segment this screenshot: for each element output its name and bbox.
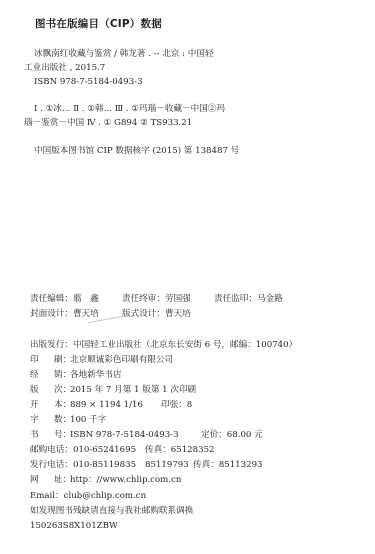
row-printer: 印刷：北京顺诚彩色印刷有限公司: [30, 355, 173, 366]
sheets-value: 8: [187, 400, 192, 410]
cover-design-name: 曹天培: [73, 309, 99, 319]
wordcount-label: 字数：: [30, 415, 70, 426]
cip-line-publisher: 工业出版社 , 2015.7: [24, 63, 105, 74]
credit-print-supervisor: 责任监印：马金路: [214, 294, 283, 305]
publisher-value: 中国轻工业出版社（北京东长安街 6 号，邮编：100740）: [73, 340, 297, 350]
distributor-label-a: 经: [30, 370, 54, 381]
copyright-page: 图书在版编目（CIP）数据 冰飘南红收藏与鉴赏 / 韩龙著 . -- 北京 : …: [0, 0, 375, 554]
row-website: 网址：http：//www.chlip.com.cn: [30, 475, 181, 486]
isbn-label-a: 书: [30, 430, 54, 441]
cip-line-classification-2: 瑙－鉴赏－中国 Ⅳ . ① G894 ② TS933.21: [24, 118, 192, 129]
website-label-a: 网: [30, 475, 54, 486]
final-review-name: 劳国强: [165, 294, 191, 304]
website-link[interactable]: http：//www.chlip.com.cn: [70, 475, 181, 485]
sales-phone-2: 85119793: [145, 460, 193, 471]
fax1-label: 传真：: [145, 445, 171, 455]
edition-label-a: 版: [30, 385, 54, 396]
mail-order-label: 邮购电话：: [30, 445, 73, 455]
price-label: 定价：: [201, 430, 227, 440]
cip-line-classification-1: Ⅰ . ①冰… Ⅱ . ①韩… Ⅲ . ①玛瑙－收藏－中国②玛: [34, 104, 225, 115]
print-code: 150263S8X101ZBW: [30, 521, 118, 531]
printer-value: 北京顺诚彩色印刷有限公司: [70, 355, 173, 365]
row-isbn: 书号：ISBN 978-7-5184-0493-3定价：68.00 元: [30, 430, 263, 441]
edition-label-b: 次：: [54, 385, 71, 395]
row-sales: 发行电话：010-8511983585119793传真：85113293: [30, 460, 263, 471]
row-mail-order: 邮购电话：010-65241695传真：65128352: [30, 445, 215, 456]
wordcount-label-b: 数：: [54, 415, 71, 425]
publisher-label: 出版发行：: [30, 340, 73, 350]
sheets-label: 印张：: [161, 400, 187, 410]
format-label: 开本：: [30, 400, 70, 411]
credit-editor: 责任编辑：翦 鑫: [30, 294, 122, 305]
format-label-b: 本：: [54, 400, 71, 410]
format-value: 889 × 1194 1/16: [70, 400, 161, 411]
fax2-label: 传真：: [193, 460, 219, 470]
wordcount-label-a: 字: [30, 415, 54, 426]
printer-label-b: 刷：: [54, 355, 71, 365]
website-label-b: 址：: [54, 475, 71, 485]
layout-design-name: 曹天培: [165, 309, 191, 319]
cover-design-label: 封面设计：: [30, 309, 73, 319]
row-wordcount: 字数：100 千字: [30, 415, 106, 426]
row-publisher: 出版发行：中国轻工业出版社（北京东长安街 6 号，邮编：100740）: [30, 340, 297, 351]
editor-label: 责任编辑：: [30, 294, 73, 304]
isbn-value: ISBN 978-7-5184-0493-3: [70, 430, 201, 441]
credit-layout-design: 版式设计：曹天培: [122, 309, 191, 320]
print-supervisor-label: 责任监印：: [214, 294, 257, 304]
layout-design-label: 版式设计：: [122, 309, 165, 319]
fax1-value: 65128352: [171, 445, 215, 455]
credits-row-1: 责任编辑：翦 鑫责任终审：劳国强责任监印：马金路: [30, 294, 283, 305]
final-review-label: 责任终审：: [122, 294, 165, 304]
cip-line-title: 冰飘南红收藏与鉴赏 / 韩龙著 . -- 北京 : 中国轻: [34, 49, 214, 60]
print-supervisor-name: 马金路: [257, 294, 283, 304]
row-email: Email：club@chlip.com.cn: [30, 491, 146, 502]
replacement-notice: 如发现图书残缺请直接与我社邮购联系调换: [30, 506, 193, 516]
cip-line-record-number: 中国版本图书馆 CIP 数据核字 (2015) 第 138487 号: [34, 146, 239, 157]
editor-name: 翦 鑫: [73, 294, 99, 304]
distributor-label: 经销：: [30, 370, 70, 381]
fax2-value: 85113293: [219, 460, 263, 470]
cip-line-isbn: ISBN 978-7-5184-0493-3: [34, 77, 143, 88]
mail-order-phone: 010-65241695: [73, 445, 145, 456]
cip-heading: 图书在版编目（CIP）数据: [35, 16, 162, 31]
distributor-label-b: 销：: [54, 370, 71, 380]
email-link[interactable]: club@chlip.com.cn: [64, 491, 146, 501]
printer-label-a: 印: [30, 355, 54, 366]
website-label: 网址：: [30, 475, 70, 486]
row-code: 150263S8X101ZBW: [30, 521, 118, 532]
distributor-value: 各地新华书店: [70, 370, 122, 380]
edition-value: 2015 年 7 月第 1 版第 1 次印刷: [70, 385, 196, 395]
credit-final-review: 责任终审：劳国强: [122, 294, 214, 305]
isbn-label: 书号：: [30, 430, 70, 441]
printer-label: 印刷：: [30, 355, 70, 366]
row-edition: 版次：2015 年 7 月第 1 版第 1 次印刷: [30, 385, 196, 396]
wordcount-value: 100 千字: [70, 415, 106, 425]
isbn-label-b: 号：: [54, 430, 71, 440]
edition-label: 版次：: [30, 385, 70, 396]
price-value: 68.00 元: [227, 430, 263, 440]
row-distributor: 经销：各地新华书店: [30, 370, 122, 381]
row-format: 开本：889 × 1194 1/16印张：8: [30, 400, 192, 411]
email-label: Email：: [30, 491, 64, 501]
row-notice: 如发现图书残缺请直接与我社邮购联系调换: [30, 506, 193, 517]
format-label-a: 开: [30, 400, 54, 411]
sales-label: 发行电话：: [30, 460, 73, 470]
sales-phone: 010-85119835: [73, 460, 145, 471]
